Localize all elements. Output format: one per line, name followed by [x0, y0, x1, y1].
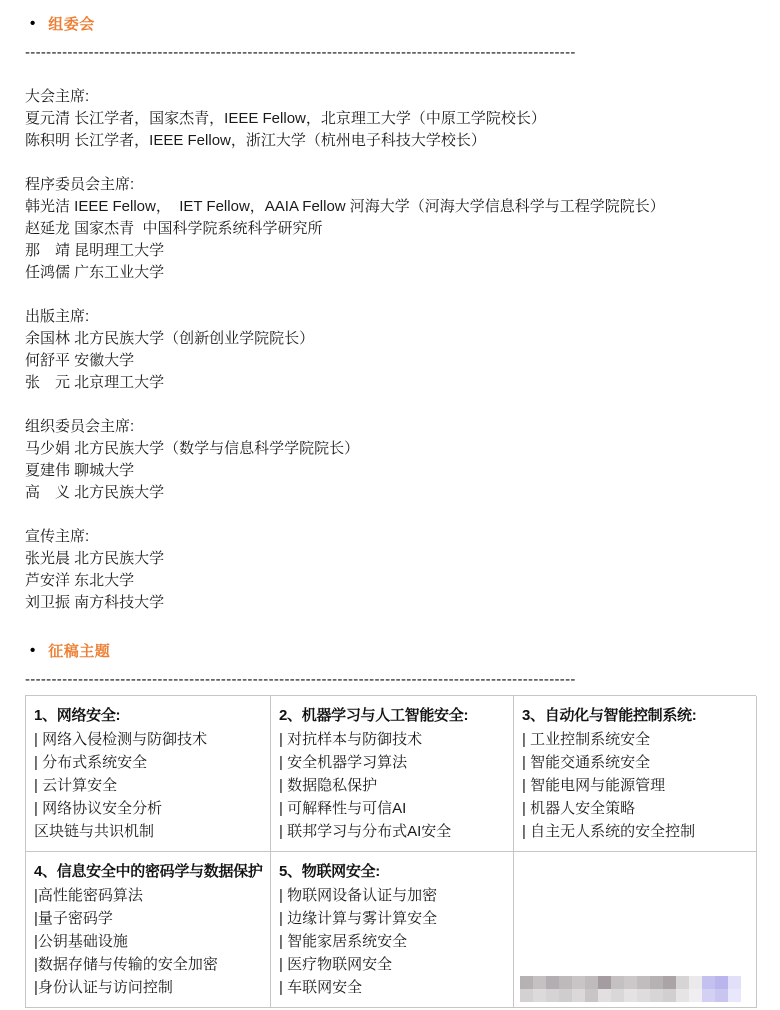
topic-items: |高性能密码算法|量子密码学|公钥基础设施|数据存储与传输的安全加密|身份认证与…	[34, 884, 266, 999]
committee-member: 韩光洁 IEEE Fellow， IET Fellow，AAIA Fellow …	[25, 196, 756, 218]
topic-item: | 智能交通系统安全	[522, 751, 752, 774]
committee-list: 大会主席: 夏元清 长江学者，国家杰青，IEEE Fellow，北京理工大学（中…	[25, 86, 756, 614]
committee-role: 宣传主席:	[25, 526, 756, 548]
committee-member: 陈积明 长江学者，IEEE Fellow，浙江大学（杭州电子科技大学校长）	[25, 130, 756, 152]
topic-item: | 对抗样本与防御技术	[279, 728, 509, 751]
topic-items: | 物联网设备认证与加密| 边缘计算与雾计算安全| 智能家居系统安全| 医疗物联…	[279, 884, 509, 999]
committee-group: 组织委员会主席: 马少娟 北方民族大学（数学与信息科学学院院长） 夏建伟 聊城大…	[25, 416, 756, 504]
topic-items: | 工业控制系统安全| 智能交通系统安全| 智能电网与能源管理| 机器人安全策略…	[522, 728, 752, 843]
committee-member: 任鸿儒 广东工业大学	[25, 262, 756, 284]
topic-header: 4、信息安全中的密码学与数据保护	[34, 860, 266, 884]
topic-item: |数据存储与传输的安全加密	[34, 953, 266, 976]
committee-group: 大会主席: 夏元清 长江学者，国家杰青，IEEE Fellow，北京理工大学（中…	[25, 86, 756, 152]
committee-member: 余国林 北方民族大学（创新创业学院院长）	[25, 328, 756, 350]
committee-member: 赵延龙 国家杰青 中国科学院系统科学研究所	[25, 218, 756, 240]
topic-item: | 联邦学习与分布式AI安全	[279, 820, 509, 843]
topic-header: 1、网络安全:	[34, 704, 266, 728]
topic-item: | 医疗物联网安全	[279, 953, 509, 976]
committee-section-heading: • 组委会	[30, 13, 756, 34]
bullet-icon: •	[30, 643, 35, 658]
topic-item: | 智能家居系统安全	[279, 930, 509, 953]
topic-item: | 智能电网与能源管理	[522, 774, 752, 797]
topic-cell-empty	[514, 852, 757, 1008]
topics-section-title: 征稿主题	[48, 640, 110, 661]
topic-item: | 车联网安全	[279, 976, 509, 999]
redacted-watermark	[520, 976, 741, 1002]
committee-members: 张光晨 北方民族大学 芦安洋 东北大学 刘卫振 南方科技大学	[25, 548, 756, 614]
committee-role: 程序委员会主席:	[25, 174, 756, 196]
page: • 组委会 ----------------------------------…	[0, 0, 780, 1010]
topic-cell-cryptography-data-protection: 4、信息安全中的密码学与数据保护 |高性能密码算法|量子密码学|公钥基础设施|数…	[26, 852, 271, 1008]
topic-items: | 网络入侵检测与防御技术| 分布式系统安全| 云计算安全| 网络协议安全分析区…	[34, 728, 266, 843]
committee-member: 何舒平 安徽大学	[25, 350, 756, 372]
topic-item: | 边缘计算与雾计算安全	[279, 907, 509, 930]
committee-section-title: 组委会	[48, 13, 95, 34]
topic-item: | 网络协议安全分析	[34, 797, 266, 820]
topic-item: | 工业控制系统安全	[522, 728, 752, 751]
topic-header: 2、机器学习与人工智能安全:	[279, 704, 509, 728]
topic-items: | 对抗样本与防御技术| 安全机器学习算法| 数据隐私保护| 可解释性与可信AI…	[279, 728, 509, 843]
dashed-divider: ----------------------------------------…	[25, 42, 756, 64]
topic-header: 5、物联网安全:	[279, 860, 509, 884]
committee-group: 宣传主席: 张光晨 北方民族大学 芦安洋 东北大学 刘卫振 南方科技大学	[25, 526, 756, 614]
committee-member: 高 义 北方民族大学	[25, 482, 756, 504]
committee-member: 张 元 北京理工大学	[25, 372, 756, 394]
topic-cell-automation-control: 3、自动化与智能控制系统: | 工业控制系统安全| 智能交通系统安全| 智能电网…	[514, 696, 757, 852]
topic-item: | 机器人安全策略	[522, 797, 752, 820]
committee-member: 夏建伟 聊城大学	[25, 460, 756, 482]
committee-member: 夏元清 长江学者，国家杰青，IEEE Fellow，北京理工大学（中原工学院校长…	[25, 108, 756, 130]
committee-members: 马少娟 北方民族大学（数学与信息科学学院院长） 夏建伟 聊城大学 高 义 北方民…	[25, 438, 756, 504]
topic-item: | 自主无人系统的安全控制	[522, 820, 752, 843]
topic-item: |量子密码学	[34, 907, 266, 930]
topic-item: | 数据隐私保护	[279, 774, 509, 797]
topic-item: |身份认证与访问控制	[34, 976, 266, 999]
committee-role: 组织委员会主席:	[25, 416, 756, 438]
topic-item: | 云计算安全	[34, 774, 266, 797]
dashed-divider: ----------------------------------------…	[25, 669, 756, 691]
committee-member: 张光晨 北方民族大学	[25, 548, 756, 570]
committee-role: 大会主席:	[25, 86, 756, 108]
topic-item: | 物联网设备认证与加密	[279, 884, 509, 907]
bullet-icon: •	[30, 16, 35, 31]
committee-member: 那 靖 昆明理工大学	[25, 240, 756, 262]
topic-header: 3、自动化与智能控制系统:	[522, 704, 752, 728]
committee-group: 程序委员会主席: 韩光洁 IEEE Fellow， IET Fellow，AAI…	[25, 174, 756, 284]
committee-member: 芦安洋 东北大学	[25, 570, 756, 592]
topic-item: | 可解释性与可信AI	[279, 797, 509, 820]
topic-item: 区块链与共识机制	[34, 820, 266, 843]
topic-item: |高性能密码算法	[34, 884, 266, 907]
topic-item: |公钥基础设施	[34, 930, 266, 953]
topic-item: | 网络入侵检测与防御技术	[34, 728, 266, 751]
topic-item: | 分布式系统安全	[34, 751, 266, 774]
committee-members: 韩光洁 IEEE Fellow， IET Fellow，AAIA Fellow …	[25, 196, 756, 284]
committee-member: 刘卫振 南方科技大学	[25, 592, 756, 614]
topic-cell-iot-security: 5、物联网安全: | 物联网设备认证与加密| 边缘计算与雾计算安全| 智能家居系…	[271, 852, 514, 1008]
topics-table: 1、网络安全: | 网络入侵检测与防御技术| 分布式系统安全| 云计算安全| 网…	[25, 695, 756, 1008]
topic-cell-ml-ai-security: 2、机器学习与人工智能安全: | 对抗样本与防御技术| 安全机器学习算法| 数据…	[271, 696, 514, 852]
topics-section-heading: • 征稿主题	[30, 640, 756, 661]
committee-role: 出版主席:	[25, 306, 756, 328]
topic-item: | 安全机器学习算法	[279, 751, 509, 774]
topic-cell-network-security: 1、网络安全: | 网络入侵检测与防御技术| 分布式系统安全| 云计算安全| 网…	[26, 696, 271, 852]
committee-members: 余国林 北方民族大学（创新创业学院院长） 何舒平 安徽大学 张 元 北京理工大学	[25, 328, 756, 394]
committee-members: 夏元清 长江学者，国家杰青，IEEE Fellow，北京理工大学（中原工学院校长…	[25, 108, 756, 152]
committee-group: 出版主席: 余国林 北方民族大学（创新创业学院院长） 何舒平 安徽大学 张 元 …	[25, 306, 756, 394]
committee-member: 马少娟 北方民族大学（数学与信息科学学院院长）	[25, 438, 756, 460]
